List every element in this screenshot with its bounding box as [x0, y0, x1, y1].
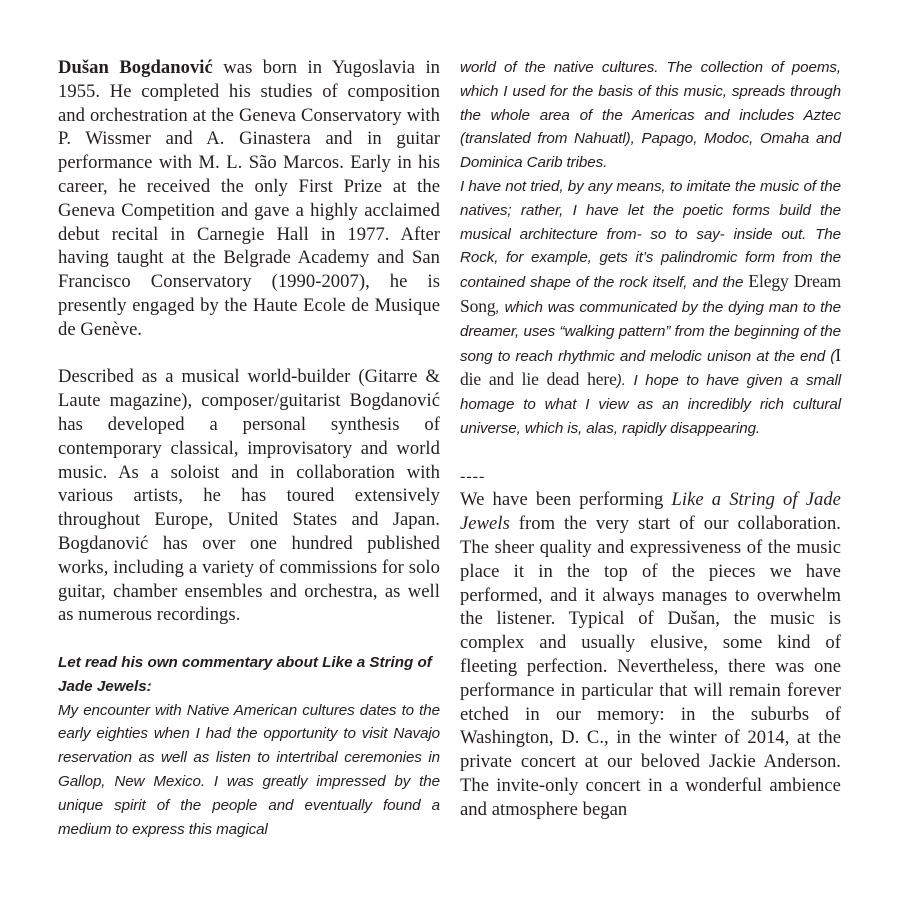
performers-paragraph: We have been performing Like a String of…: [460, 488, 841, 821]
bio-text: was born in Yugoslavia in 1955. He compl…: [58, 57, 440, 340]
performers-text: from the very start of our collabora­tio…: [460, 513, 841, 820]
bio-paragraph: Dušan Bogdanović was born in Yugoslavia …: [58, 56, 440, 342]
commentary-paragraph-start: My encounter with Native American cultur…: [58, 699, 440, 842]
performers-text: We have been performing: [460, 489, 671, 510]
left-column: Dušan Bogdanović was born in Yugoslavia …: [58, 56, 440, 841]
paragraph-gap: [460, 441, 841, 465]
commentary-text: , which was communicated by the dying ma…: [460, 299, 841, 365]
commentary-paragraph-2: I have not tried, by any means, to imita…: [460, 175, 841, 441]
right-column: world of the native cultures. The collec…: [460, 56, 841, 822]
description-paragraph: Described as a musical world-builder (Gi…: [58, 365, 440, 627]
paragraph-gap: [58, 627, 440, 651]
commentary-heading: Let read his own commentary about Like a…: [58, 651, 440, 699]
paragraph-gap: [58, 342, 440, 366]
document-page: Dušan Bogdanović was born in Yugoslavia …: [0, 0, 900, 900]
composer-name: Dušan Bogdanović: [58, 57, 213, 78]
commentary-paragraph-continued: world of the native cultures. The collec…: [460, 56, 841, 175]
section-divider: ----: [460, 465, 841, 489]
